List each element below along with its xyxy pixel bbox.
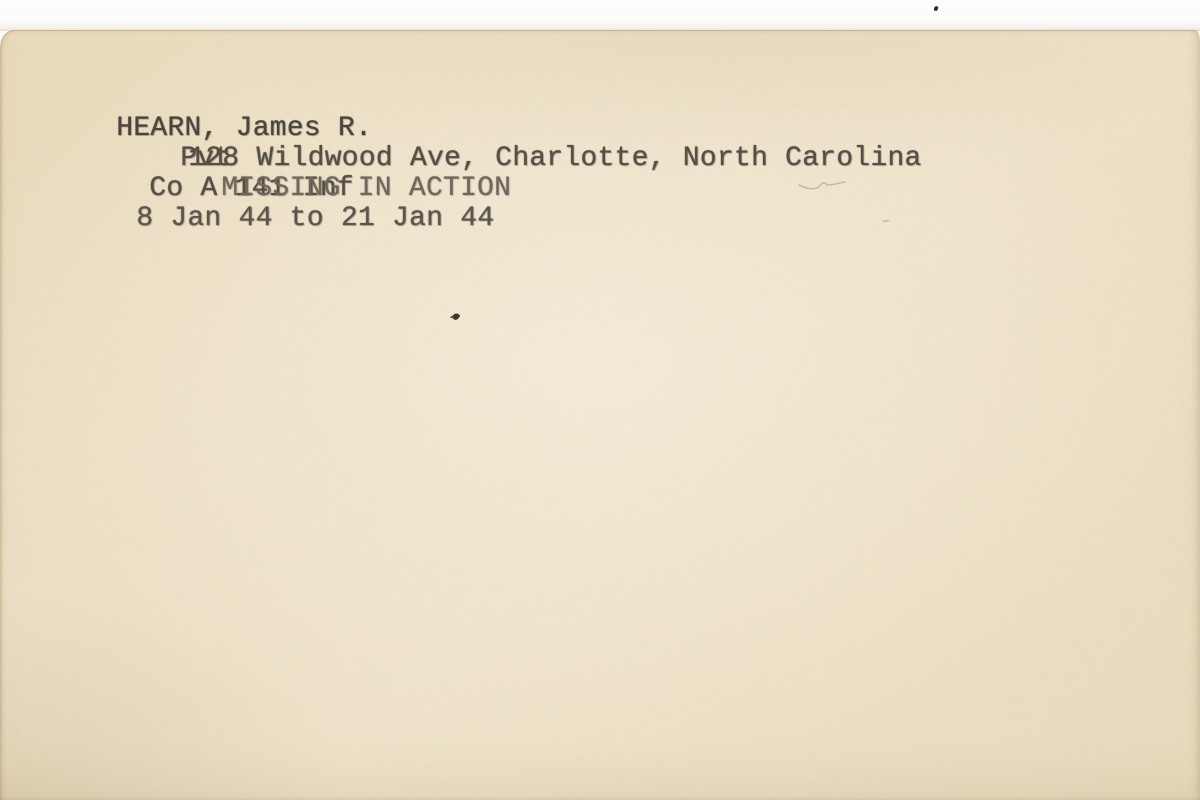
status-missing-in-action: MISSING IN ACTION	[221, 174, 511, 204]
dust-speck	[933, 5, 939, 11]
index-card: HEARN, James R. Pvt Co A 141 Inf 8 Jan 4…	[0, 30, 1200, 800]
ink-speck	[451, 312, 460, 321]
scanned-document: HEARN, James R. Pvt Co A 141 Inf 8 Jan 4…	[0, 0, 1200, 800]
soldier-address: 128 Wildwood Ave, Charlotte, North Carol…	[188, 144, 921, 174]
scanner-background-strip	[0, 0, 1200, 31]
typed-line-address-status: 128 Wildwood Ave, Charlotte, North Carol…	[86, 114, 922, 234]
